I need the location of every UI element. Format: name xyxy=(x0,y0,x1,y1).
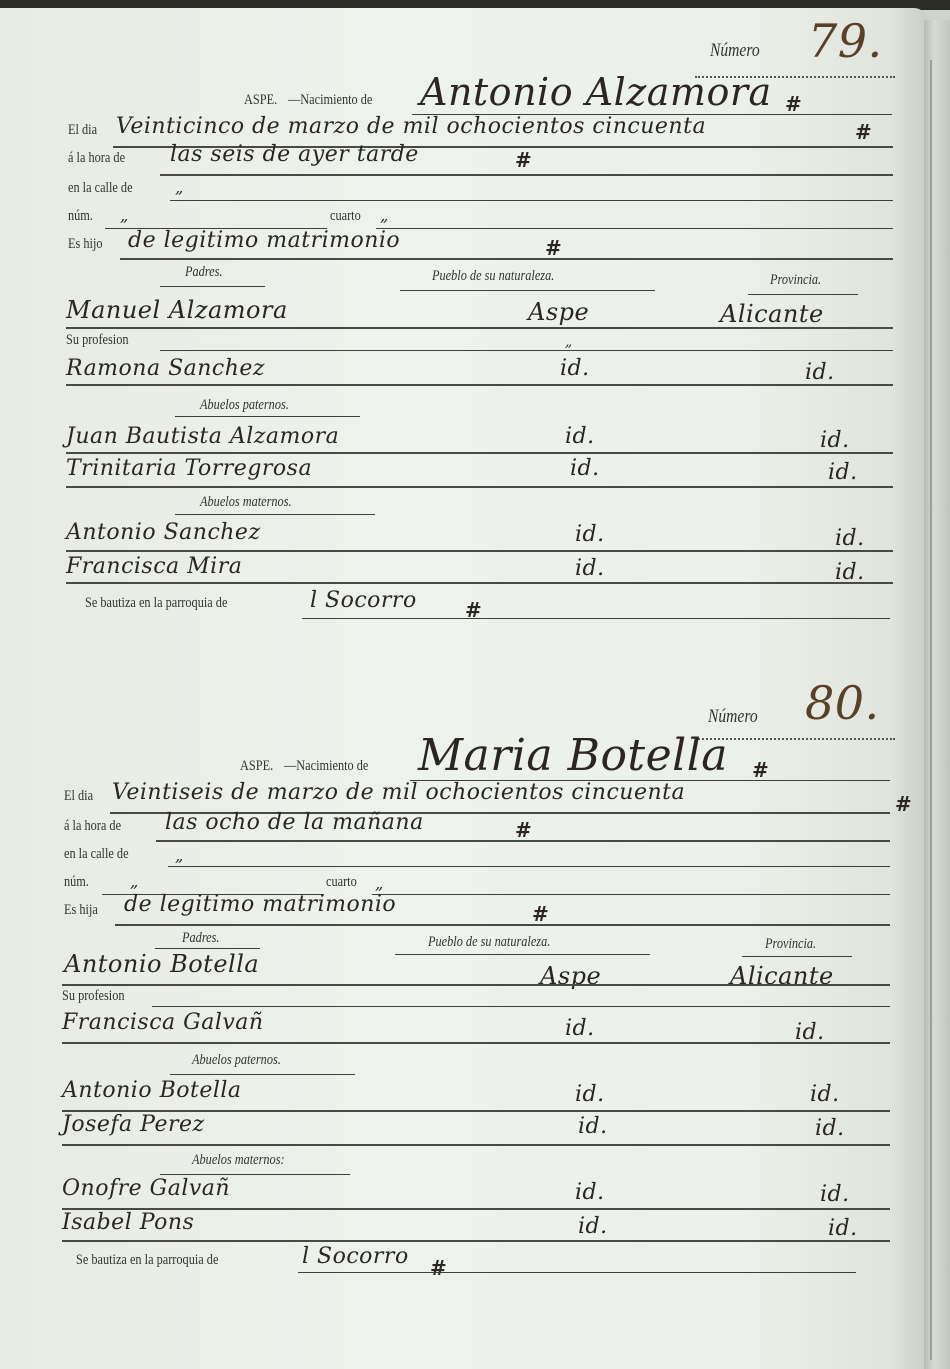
cancel-mark: # xyxy=(785,92,802,116)
el-dia-label: El dia xyxy=(68,122,97,139)
child-name: Maria Botella xyxy=(418,730,728,781)
parroquia-value: l Socorro xyxy=(302,1244,409,1269)
abuelo-materno-1-name: Antonio Sanchez xyxy=(66,520,261,545)
register-page xyxy=(0,8,928,1369)
cancel-mark: # xyxy=(515,818,532,842)
town-label: ASPE. xyxy=(240,758,273,775)
abuela-paterna-2-name: Josefa Perez xyxy=(62,1112,205,1137)
abuelos-maternos-label: Abuelos maternos: xyxy=(192,1152,285,1169)
abuelo-paterno-1-provincia: id. xyxy=(810,1082,840,1107)
col-provincia: Provincia. xyxy=(770,272,821,289)
rule xyxy=(66,384,893,386)
cuarto-label: cuarto xyxy=(326,874,357,891)
abuela-paterna-2-pueblo: id. xyxy=(570,456,600,481)
abuelo-paterno-1-pueblo: id. xyxy=(575,1082,605,1107)
abuela-paterna-2-provincia: id. xyxy=(815,1116,845,1141)
hora-value: las ocho de la mañana xyxy=(165,810,424,835)
fecha-value: Veintiseis de marzo de mil ochocientos c… xyxy=(112,780,685,805)
cuarto-label: cuarto xyxy=(330,208,361,225)
rule xyxy=(155,948,260,949)
profesion-label: Su profesion xyxy=(66,332,129,349)
madre-pueblo: id. xyxy=(565,1016,595,1041)
col-pueblo: Pueblo de su naturaleza. xyxy=(432,268,554,285)
num-value: „ xyxy=(130,872,139,891)
rule xyxy=(168,866,890,867)
abuelos-maternos-label: Abuelos maternos. xyxy=(200,494,292,511)
abuelo-materno-1-pueblo: id. xyxy=(575,522,605,547)
abuela-materna-2-name: Isabel Pons xyxy=(62,1210,194,1235)
rule xyxy=(62,984,890,986)
rule xyxy=(66,582,893,584)
abuela-paterna-2-name: Trinitaria Torregrosa xyxy=(66,456,312,481)
rule xyxy=(748,294,858,295)
calle-label: en la calle de xyxy=(64,846,129,863)
abuelo-materno-1-provincia: id. xyxy=(820,1182,850,1207)
num-value: „ xyxy=(120,206,129,225)
num-label: núm. xyxy=(68,208,93,225)
rule xyxy=(302,618,890,619)
calle-label: en la calle de xyxy=(68,180,133,197)
rule xyxy=(160,1174,350,1175)
profesion-value: „ xyxy=(565,334,573,350)
abuela-materna-2-pueblo: id. xyxy=(578,1214,608,1239)
rule xyxy=(175,416,360,417)
padre-provincia: Alicante xyxy=(720,300,824,328)
rule xyxy=(62,1240,890,1242)
rule xyxy=(120,258,893,260)
el-dia-label: El dia xyxy=(64,788,93,805)
rule xyxy=(175,514,375,515)
hora-value: las seis de ayer tarde xyxy=(170,142,419,167)
cancel-mark: # xyxy=(895,792,912,816)
madre-pueblo: id. xyxy=(560,356,590,381)
rule xyxy=(170,1074,355,1075)
abuela-paterna-2-pueblo: id. xyxy=(578,1114,608,1139)
abuela-paterna-2-provincia: id. xyxy=(828,460,858,485)
cuarto-value: „ xyxy=(380,206,389,225)
abuelo-materno-1-name: Onofre Galvañ xyxy=(62,1176,230,1201)
col-pueblo: Pueblo de su naturaleza. xyxy=(428,934,550,951)
nacimiento-label: —Nacimiento de xyxy=(288,92,372,109)
profesion-label: Su profesion xyxy=(62,988,125,1005)
padre-pueblo: Aspe xyxy=(528,298,589,326)
abuelos-paternos-label: Abuelos paternos. xyxy=(200,397,289,414)
abuela-materna-2-name: Francisca Mira xyxy=(66,554,242,579)
rule xyxy=(66,486,893,488)
parroquia-label: Se bautiza en la parroquia de xyxy=(76,1252,218,1269)
abuelo-paterno-1-name: Antonio Botella xyxy=(62,1078,242,1103)
calle-value: „ xyxy=(175,178,184,197)
cancel-mark: # xyxy=(515,148,532,172)
madre-name: Francisca Galvañ xyxy=(62,1010,264,1035)
rule xyxy=(66,327,893,329)
hora-label: á la hora de xyxy=(64,818,121,835)
rule xyxy=(115,924,890,926)
madre-provincia: id. xyxy=(805,360,835,385)
numero-label: Número xyxy=(708,706,758,728)
gutter-fold xyxy=(930,60,932,1360)
rule xyxy=(62,1144,890,1146)
cancel-mark: # xyxy=(855,120,872,144)
abuelo-materno-1-provincia: id. xyxy=(835,526,865,551)
rule xyxy=(152,1006,890,1007)
abuela-materna-2-pueblo: id. xyxy=(575,556,605,581)
col-provincia: Provincia. xyxy=(765,936,816,953)
col-padres: Padres. xyxy=(182,930,219,947)
town-label: ASPE. xyxy=(244,92,277,109)
rule xyxy=(66,452,893,454)
book-gutter xyxy=(924,20,950,1369)
cancel-mark: # xyxy=(545,236,562,260)
es-hijo-value: de legitimo matrimonio xyxy=(124,892,396,917)
abuelo-paterno-1-provincia: id. xyxy=(820,428,850,453)
rule xyxy=(372,894,890,895)
parroquia-label: Se bautiza en la parroquia de xyxy=(85,595,227,612)
cancel-mark: # xyxy=(430,1256,447,1280)
calle-value: „ xyxy=(175,846,184,865)
abuela-materna-2-provincia: id. xyxy=(828,1216,858,1241)
rule xyxy=(156,840,890,842)
padre-name: Antonio Botella xyxy=(64,950,259,978)
rule xyxy=(160,286,265,287)
madre-name: Ramona Sanchez xyxy=(66,356,265,381)
rule xyxy=(298,1272,856,1273)
rule xyxy=(170,200,893,201)
rule xyxy=(160,350,893,351)
rule xyxy=(400,290,655,291)
es-hijo-label: Es hija xyxy=(64,902,98,919)
numero-label: Número xyxy=(710,40,760,62)
parroquia-value: l Socorro xyxy=(310,588,417,613)
num-label: núm. xyxy=(64,874,89,891)
rule xyxy=(376,228,893,229)
rule xyxy=(62,1042,890,1044)
numero-value: 79. xyxy=(808,14,883,68)
hora-label: á la hora de xyxy=(68,150,125,167)
abuelos-paternos-label: Abuelos paternos. xyxy=(192,1052,281,1069)
rule xyxy=(66,550,893,552)
fecha-value: Veinticinco de marzo de mil ochocientos … xyxy=(116,114,706,139)
rule xyxy=(160,174,893,176)
rule xyxy=(395,954,650,955)
abuelo-paterno-1-name: Juan Bautista Alzamora xyxy=(66,424,339,449)
cuarto-value: „ xyxy=(375,874,384,893)
es-hijo-value: de legitimo matrimonio xyxy=(128,228,400,253)
child-name: Antonio Alzamora xyxy=(420,70,772,114)
col-padres: Padres. xyxy=(185,264,222,281)
cancel-mark: # xyxy=(532,902,549,926)
padre-name: Manuel Alzamora xyxy=(66,296,288,324)
nacimiento-label: —Nacimiento de xyxy=(284,758,368,775)
cancel-mark: # xyxy=(752,758,769,782)
rule xyxy=(742,956,852,957)
abuelo-paterno-1-pueblo: id. xyxy=(565,424,595,449)
abuelo-materno-1-pueblo: id. xyxy=(575,1180,605,1205)
numero-value: 80. xyxy=(805,676,880,730)
es-hijo-label: Es hijo xyxy=(68,236,103,253)
